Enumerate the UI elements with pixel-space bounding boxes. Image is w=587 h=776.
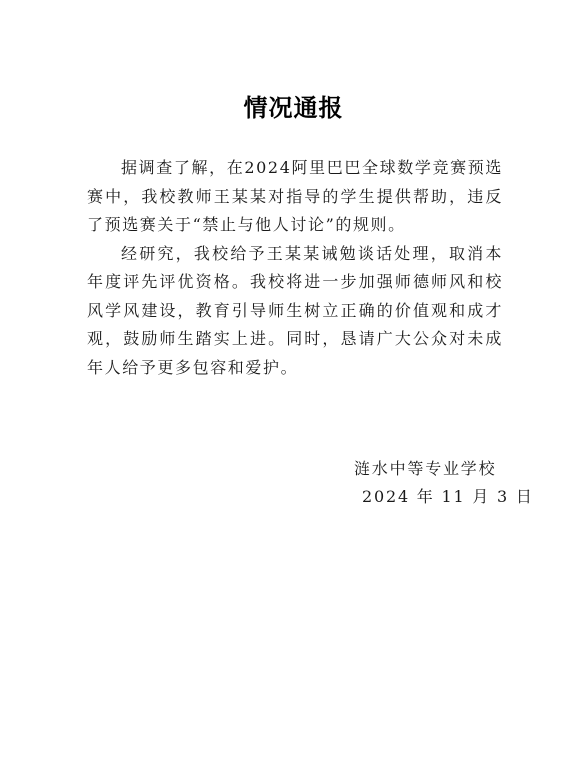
paragraph-investigation: 据调查了解，在2024阿里巴巴全球数学竞赛预选赛中，我校教师王某某对指导的学生提…	[87, 154, 503, 240]
document-title: 情况通报	[0, 92, 587, 124]
signature-block: 涟水中等专业学校 2024 年 11 月 3 日	[354, 455, 534, 511]
document-page: 情况通报 据调查了解，在2024阿里巴巴全球数学竞赛预选赛中，我校教师王某某对指…	[0, 0, 587, 776]
document-body: 据调查了解，在2024阿里巴巴全球数学竞赛预选赛中，我校教师王某某对指导的学生提…	[87, 154, 503, 382]
paragraph-decision: 经研究，我校给予王某某诫勉谈话处理，取消本年度评先评优资格。我校将进一步加强师德…	[87, 240, 503, 383]
signature-organization: 涟水中等专业学校	[354, 455, 534, 483]
signature-date: 2024 年 11 月 3 日	[354, 483, 534, 511]
